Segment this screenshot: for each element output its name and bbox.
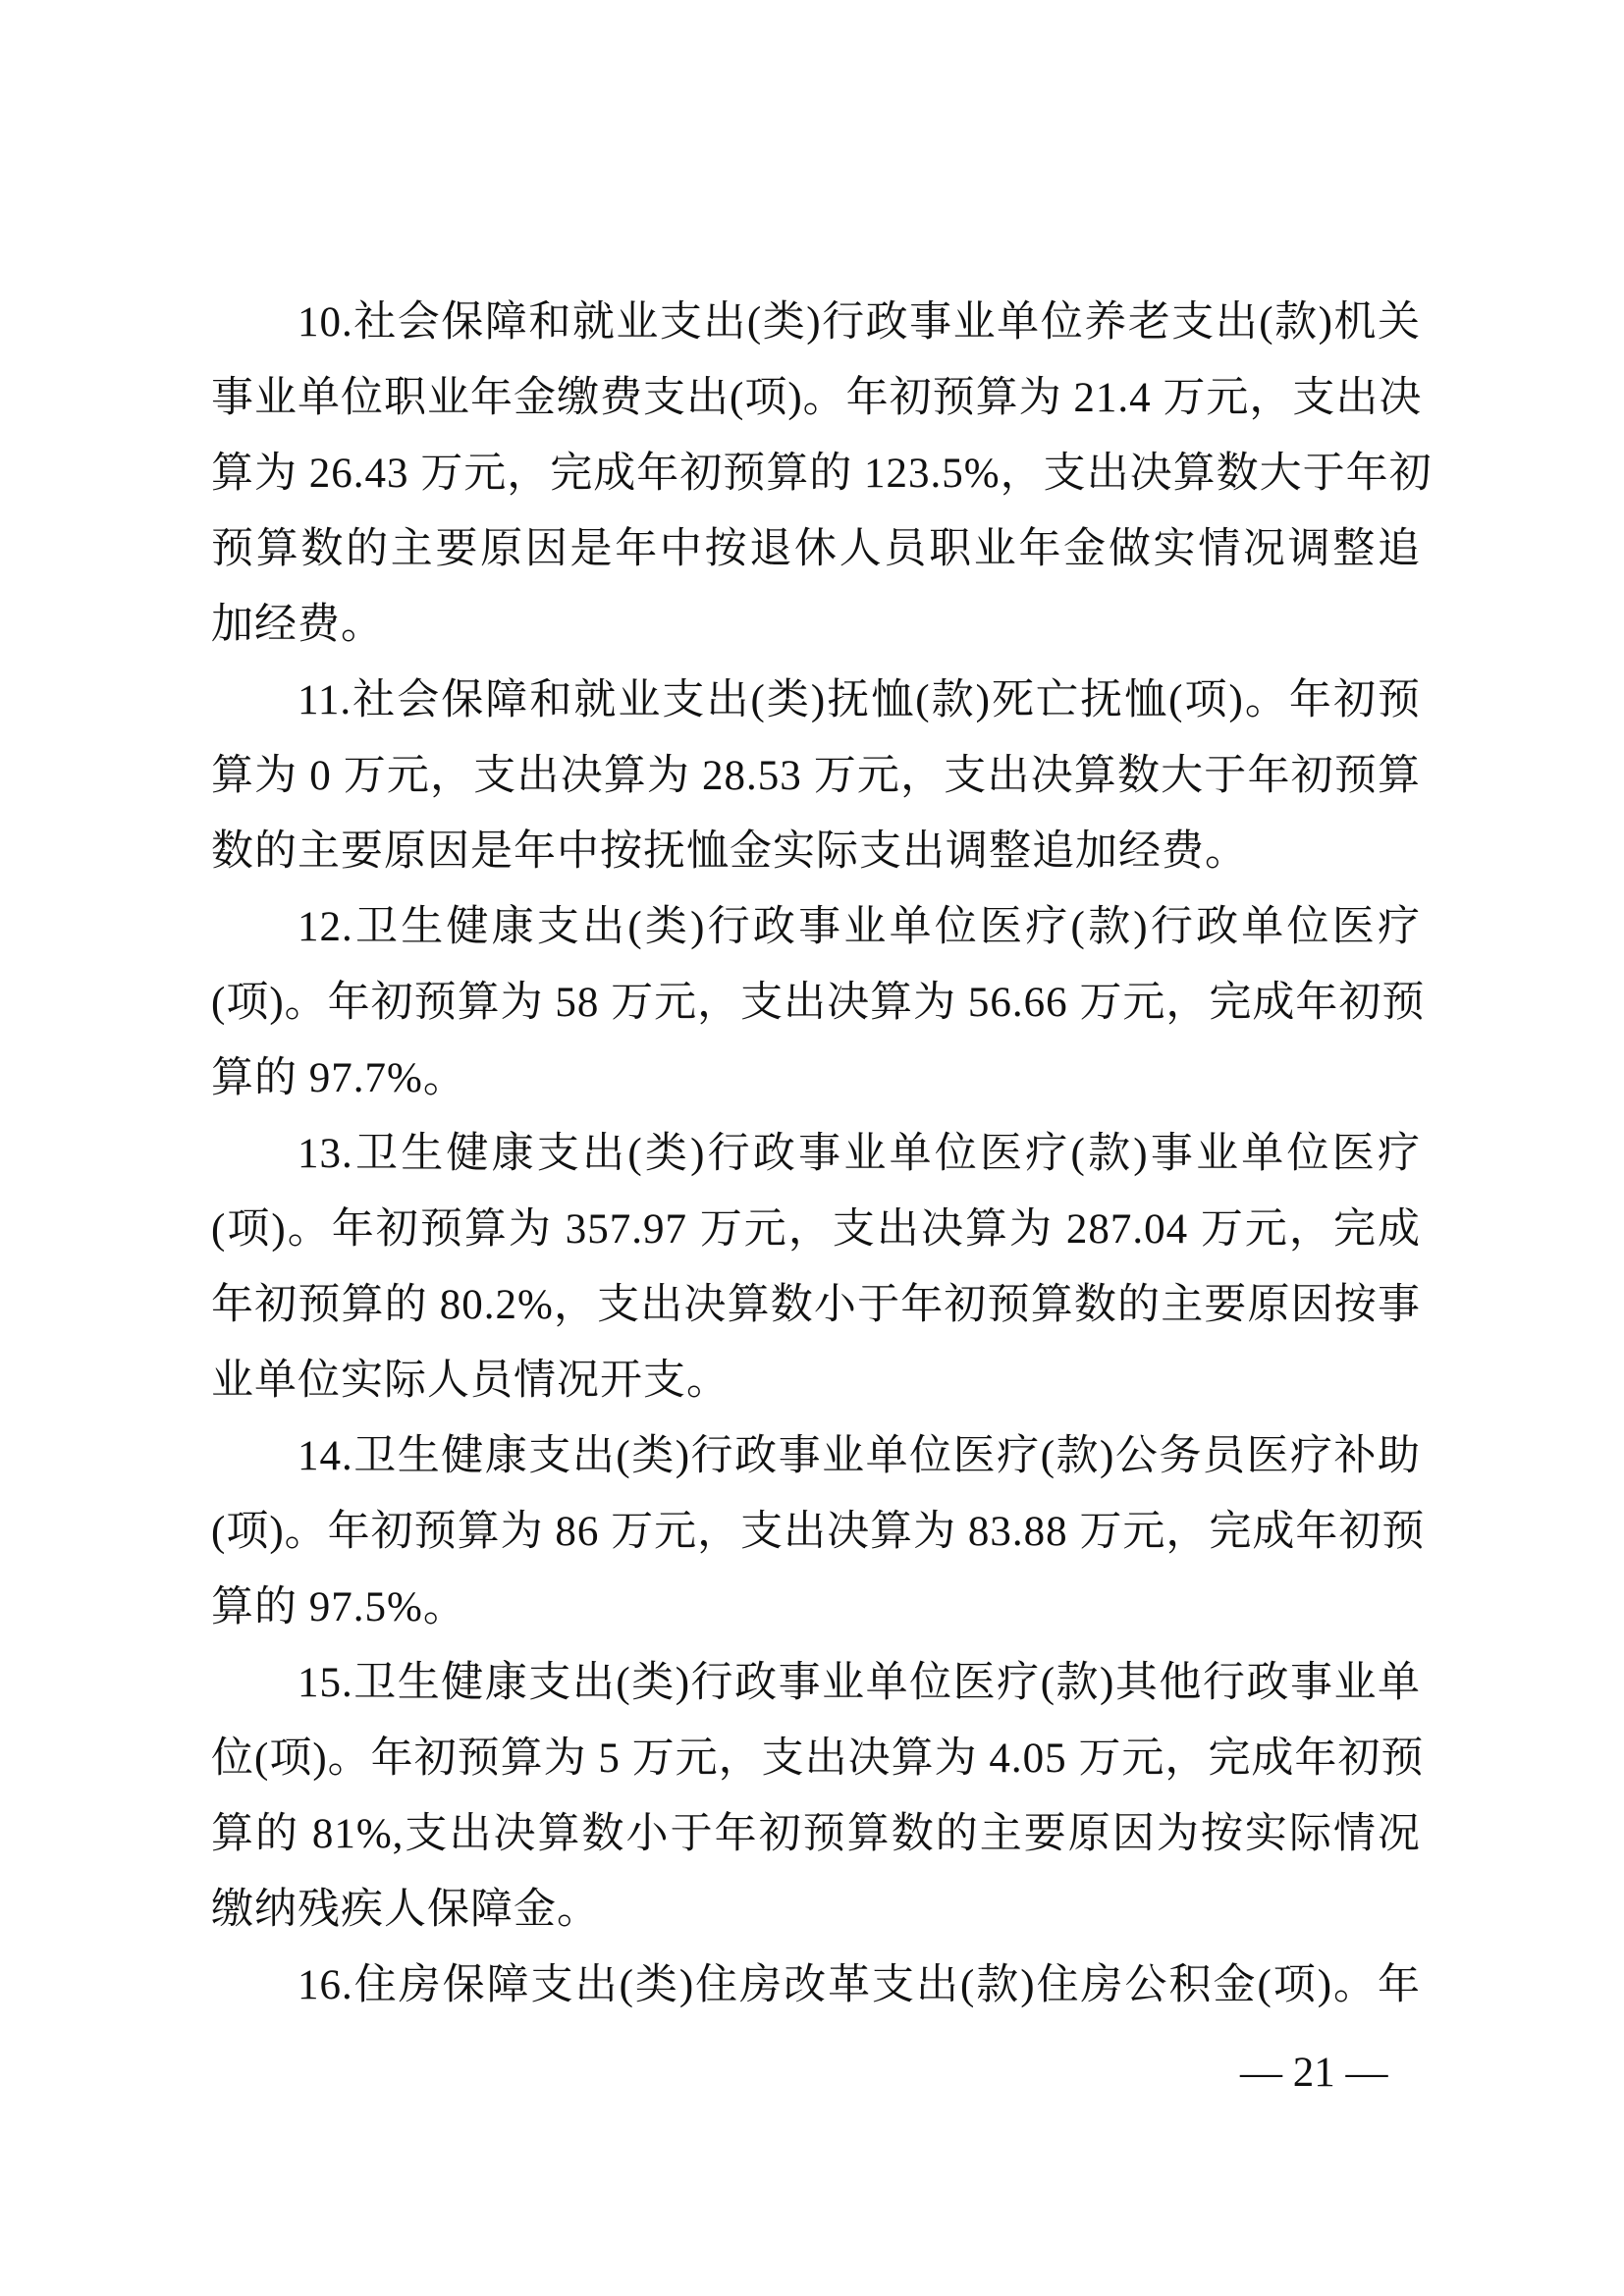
paragraph-line: 预算数的主要原因是年中按退休人员职业年金做实情况调整追 [211,511,1421,587]
paragraph-line: 10.社会保障和就业支出(类)行政事业单位养老支出(款)机关 [211,285,1421,360]
paragraph-line: 年初预算的 80.2%，支出决算数小于年初预算数的主要原因按事 [211,1267,1421,1343]
paragraph-line: 事业单位职业年金缴费支出(项)。年初预算为 21.4 万元，支出决 [211,360,1421,436]
paragraph-line: 13.卫生健康支出(类)行政事业单位医疗(款)事业单位医疗 [211,1116,1421,1192]
paragraph-line: 12.卫生健康支出(类)行政事业单位医疗(款)行政单位医疗 [211,889,1421,965]
document-page: 10.社会保障和就业支出(类)行政事业单位养老支出(款)机关 事业单位职业年金缴… [0,0,1624,2296]
paragraph-line: 业单位实际人员情况开支。 [211,1343,1421,1418]
paragraph-line: 算的 97.5%。 [211,1570,1421,1645]
paragraph-line: 算的 81%,支出决算数小于年初预算数的主要原因为按实际情况 [211,1796,1421,1872]
paragraph-13: 13.卫生健康支出(类)行政事业单位医疗(款)事业单位医疗 (项)。年初预算为 … [211,1116,1421,1418]
page-number: — 21 — [1240,2044,1417,2103]
paragraph-16: 16.住房保障支出(类)住房改革支出(款)住房公积金(项)。年 [211,1948,1421,2023]
paragraph-line: (项)。年初预算为 357.97 万元，支出决算为 287.04 万元，完成 [211,1192,1421,1267]
paragraph-line: 位(项)。年初预算为 5 万元，支出决算为 4.05 万元，完成年初预 [211,1721,1421,1796]
paragraph-15: 15.卫生健康支出(类)行政事业单位医疗(款)其他行政事业单 位(项)。年初预算… [211,1645,1421,1948]
paragraph-14: 14.卫生健康支出(类)行政事业单位医疗(款)公务员医疗补助 (项)。年初预算为… [211,1418,1421,1645]
paragraph-12: 12.卫生健康支出(类)行政事业单位医疗(款)行政单位医疗 (项)。年初预算为 … [211,889,1421,1116]
paragraph-line: (项)。年初预算为 86 万元，支出决算为 83.88 万元，完成年初预 [211,1494,1421,1570]
paragraph-line: 14.卫生健康支出(类)行政事业单位医疗(款)公务员医疗补助 [211,1418,1421,1494]
paragraph-line: 算为 26.43 万元，完成年初预算的 123.5%，支出决算数大于年初 [211,436,1421,511]
paragraph-line: 数的主要原因是年中按抚恤金实际支出调整追加经费。 [211,814,1421,889]
paragraph-line: 加经费。 [211,587,1421,663]
paragraph-line: 缴纳残疾人保障金。 [211,1872,1421,1948]
paragraph-line: 算为 0 万元，支出决算为 28.53 万元，支出决算数大于年初预算 [211,738,1421,814]
paragraph-line: 11.社会保障和就业支出(类)抚恤(款)死亡抚恤(项)。年初预 [211,663,1421,738]
paragraph-line: 算的 97.7%。 [211,1041,1421,1116]
paragraph-line: 15.卫生健康支出(类)行政事业单位医疗(款)其他行政事业单 [211,1645,1421,1721]
paragraph-line: (项)。年初预算为 58 万元，支出决算为 56.66 万元，完成年初预 [211,965,1421,1041]
body-text: 10.社会保障和就业支出(类)行政事业单位养老支出(款)机关 事业单位职业年金缴… [211,285,1421,2023]
paragraph-11: 11.社会保障和就业支出(类)抚恤(款)死亡抚恤(项)。年初预 算为 0 万元，… [211,663,1421,889]
paragraph-line: 16.住房保障支出(类)住房改革支出(款)住房公积金(项)。年 [211,1948,1421,2023]
paragraph-10: 10.社会保障和就业支出(类)行政事业单位养老支出(款)机关 事业单位职业年金缴… [211,285,1421,663]
